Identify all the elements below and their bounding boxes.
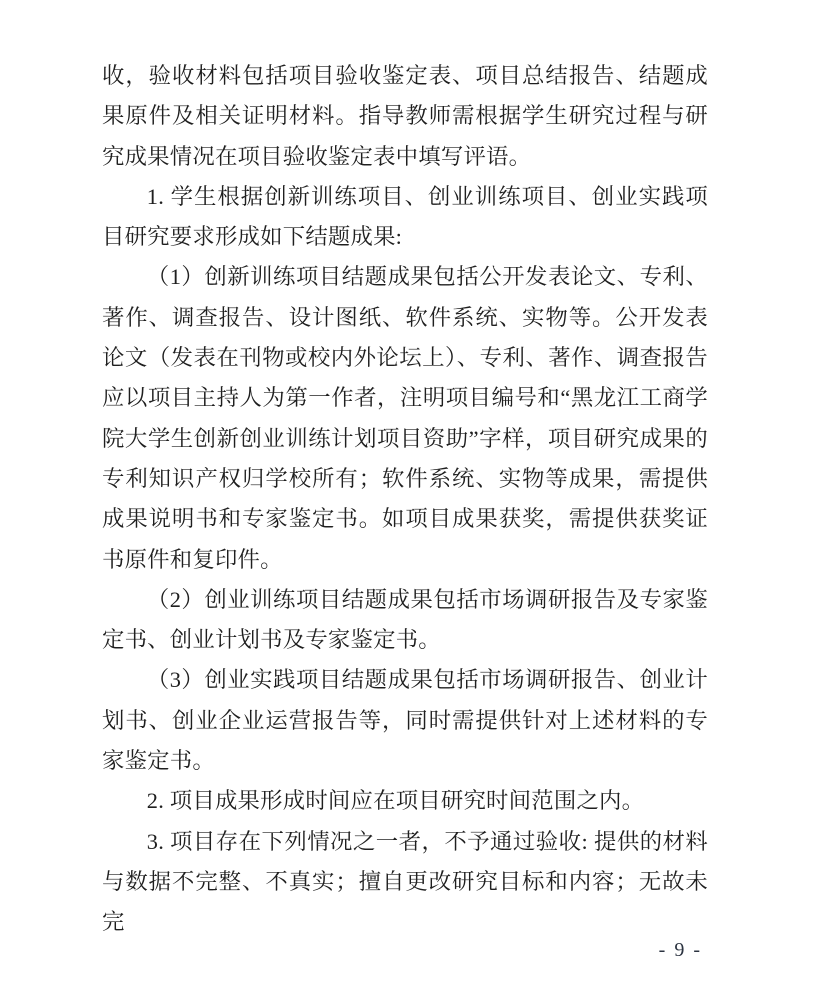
paragraph-item-2: 2. 项目成果形成时间应在项目研究时间范围之内。: [102, 781, 708, 821]
paragraph-sub-item-2: （2）创业训练项目结题成果包括市场调研报告及专家鉴定书、创业计划书及专家鉴定书。: [102, 580, 708, 661]
paragraph-item-1: 1. 学生根据创新训练项目、创业训练项目、创业实践项目研究要求形成如下结题成果:: [102, 177, 708, 258]
page-number: - 9 -: [659, 940, 702, 960]
paragraph-sub-item-3: （3）创业实践项目结题成果包括市场调研报告、创业计划书、创业企业运营报告等，同时…: [102, 660, 708, 781]
document-page: 收，验收材料包括项目验收鉴定表、项目总结报告、结题成果原件及相关证明材料。指导教…: [0, 0, 815, 1000]
paragraph-continuation: 收，验收材料包括项目验收鉴定表、项目总结报告、结题成果原件及相关证明材料。指导教…: [102, 56, 708, 177]
paragraph-sub-item-1: （1）创新训练项目结题成果包括公开发表论文、专利、著作、调查报告、设计图纸、软件…: [102, 257, 708, 579]
paragraph-item-3: 3. 项目存在下列情况之一者，不予通过验收: 提供的材料与数据不完整、不真实；擅…: [102, 822, 708, 943]
document-body: 收，验收材料包括项目验收鉴定表、项目总结报告、结题成果原件及相关证明材料。指导教…: [102, 56, 708, 943]
